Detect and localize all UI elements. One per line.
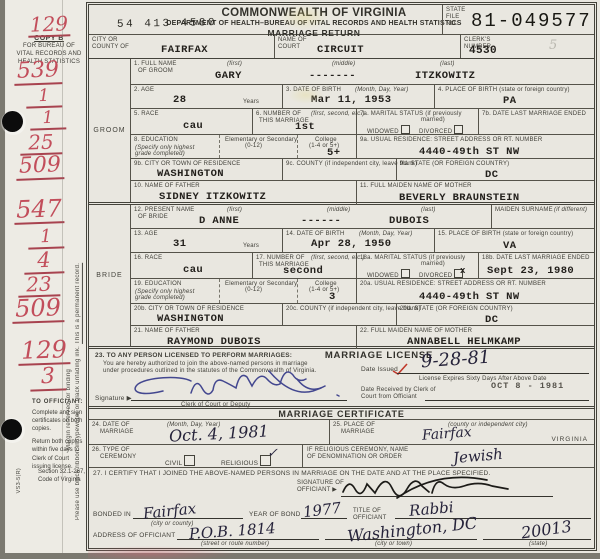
widowed-checkbox	[401, 125, 410, 134]
groom-dob-sublabel: (Month, Day, Year)	[355, 87, 408, 94]
groom-race-value: cau	[183, 121, 203, 132]
clerk-number-value: 4530	[469, 46, 497, 57]
margin-handwritten-number: 547	[14, 196, 65, 225]
form-header: COMMONWEALTH OF VIRGINIA DEPARTMENT OF H…	[89, 5, 594, 35]
bride-last-marriage-ended-value: Sept 23, 1980	[487, 266, 574, 277]
residence-label: 9a. USUAL RESIDENCE: STREET ADDRESS OR R…	[360, 137, 542, 144]
years-label: Years	[243, 243, 259, 250]
bride-fields: 12. PRESENT NAME OF BRIDE (first) (middl…	[131, 205, 594, 346]
middle-name-label: (middle)	[332, 61, 355, 68]
scan-artifact	[280, 4, 328, 30]
margin-handwritten-number: 509	[16, 154, 65, 181]
marriage-place-field: 25. PLACE OF MARRIAGE (county or indepen…	[330, 420, 594, 444]
marital-status-label: 7a. MARITAL STATUS (if previously	[360, 111, 462, 118]
ceremony-row: 26. TYPE OF CEREMONY CIVIL RELIGIOUS ✓ I…	[89, 445, 594, 468]
bride-father-field: 21. NAME OF FATHER RAYMOND DUBOIS	[131, 326, 357, 349]
bride-marriage-number-field: 17. NUMBER OF THIS MARRIAGE (first, seco…	[253, 253, 357, 278]
date-issued-line	[397, 373, 589, 374]
groom-age-value: 28	[173, 95, 186, 106]
bride-county-field: 20c. COUNTY (if independent city, leave …	[283, 304, 397, 325]
marital-status-label: married)	[421, 117, 445, 124]
education-sublabel: grade completed)	[135, 295, 185, 302]
marriage-place-label: MARRIAGE	[341, 429, 375, 436]
years-label: Years	[243, 99, 259, 106]
ceremony-type-label: 26. TYPE OF	[92, 447, 130, 454]
groom-city-field: 9b. CITY OR TOWN OF RESIDENCE WASHINGTON	[131, 159, 283, 180]
civil-option: CIVIL	[165, 455, 195, 467]
groom-pob-label: 4. PLACE OF BIRTH (state or foreign coun…	[438, 87, 570, 94]
state-file-label: STATE	[446, 7, 465, 14]
bride-city-row: 20b. CITY OR TOWN OF RESIDENCE WASHINGTO…	[131, 304, 594, 326]
signature-label-text: Signature	[95, 395, 125, 402]
groom-residence-field: 9a. USUAL RESIDENCE: STREET ADDRESS OR R…	[357, 135, 594, 158]
scan-artifact	[88, 546, 238, 559]
groom-marital-row: 5. RACE cau 6. NUMBER OF THIS MARRIAGE (…	[131, 109, 594, 135]
certificate-bottom-block: 27. I CERTIFY THAT I JOINED THE ABOVE-NA…	[89, 468, 594, 549]
groom-state-field: 9d. STATE (OR FOREIGN COUNTRY) DC	[397, 159, 594, 180]
bride-pob-value: VA	[503, 241, 516, 252]
maiden-surname-field: MAIDEN SURNAME (if different)	[492, 205, 594, 228]
groom-middle-name: -------	[309, 71, 356, 82]
bride-last-name: DUBOIS	[389, 216, 429, 227]
groom-father-field: 10. NAME OF FATHER SIDNEY ITZKOWITZ	[131, 181, 357, 205]
groom-section: GROOM 1. FULL NAME OF GROOM (first) (mid…	[89, 59, 594, 205]
scan-artifact	[288, 86, 324, 104]
groom-first-name: GARY	[215, 71, 242, 82]
marriage-license-section: MARRIAGE LICENSE 23. TO ANY PERSON LICEN…	[89, 349, 594, 409]
city-county-label: CITY OR	[92, 37, 118, 44]
bride-city-value: WASHINGTON	[157, 314, 224, 325]
elementary-label: (0-12)	[245, 143, 262, 150]
date-received-line	[425, 400, 589, 401]
scanned-marriage-return-document: { "margin": { "copy_label": "COPY B", "b…	[0, 0, 600, 559]
bride-race-value: cau	[183, 265, 203, 276]
last-name-label: (last)	[440, 61, 455, 68]
last-name-label: (last)	[421, 207, 436, 214]
margin-handwritten-number: 1	[28, 227, 65, 249]
marriage-date-value: Oct. 4, 1981	[169, 423, 269, 444]
officiant-title-label: TITLE OF	[353, 508, 381, 515]
state-file-label: FILE	[446, 14, 459, 21]
bride-name-row: 12. PRESENT NAME OF BRIDE (first) (middl…	[131, 205, 594, 229]
hole-punch	[1, 419, 22, 440]
bride-education-row: 19. EDUCATION (Specify only highest grad…	[131, 279, 594, 304]
officiant-signature	[337, 468, 517, 502]
bride-father-value: RAYMOND DUBOIS	[167, 337, 261, 348]
groom-section-label: GROOM	[89, 59, 131, 202]
first-name-label: (first)	[227, 61, 242, 68]
bride-pob-label: 15. PLACE OF BIRTH (state or foreign cou…	[438, 231, 573, 238]
bride-section-label: BRIDE	[89, 205, 131, 346]
education-label: 19. EDUCATION	[134, 281, 182, 288]
date-received-stamp: OCT 8 - 1981	[491, 382, 564, 391]
mother-name-label: 22. FULL MAIDEN NAME OF MOTHER	[360, 328, 472, 335]
file-number-stamp: 54 413 4530	[117, 18, 217, 31]
bride-first-name: D ANNE	[199, 216, 239, 227]
groom-pob-value: PA	[503, 96, 516, 107]
officiant-signature-label-text: OFFICIANT	[297, 487, 330, 493]
officiant-title-label: OFFICIANT	[353, 515, 386, 522]
bonded-in-sublabel: (city or county)	[151, 521, 194, 528]
bride-middle-name: ------	[301, 216, 341, 227]
mother-name-label: 11. FULL MAIDEN NAME OF MOTHER	[360, 183, 472, 190]
city-of-residence-label: 9b. CITY OR TOWN OF RESIDENCE	[134, 161, 241, 168]
divorced-x-mark: x	[460, 267, 466, 276]
maiden-surname-label: MAIDEN SURNAME	[495, 207, 553, 214]
left-margin: COPY B FOR BUREAU OF VITAL RECORDS AND H…	[6, 0, 86, 553]
groom-fields: 1. FULL NAME OF GROOM (first) (middle) (…	[131, 59, 594, 202]
bride-age-label: 13. AGE	[134, 231, 158, 238]
groom-last-name: ITZKOWITZ	[415, 71, 475, 82]
bride-marital-status-field: 18a. MARITAL STATUS (if previously marri…	[357, 253, 479, 278]
state-file-label: NO.	[446, 21, 457, 28]
widowed-checkbox	[401, 269, 410, 278]
bride-city-field: 20b. CITY OR TOWN OF RESIDENCE WASHINGTO…	[131, 304, 283, 325]
code-of-virginia-note: Section 32.1-267, Code of Virginia	[38, 468, 90, 484]
state-file-box: STATE FILE NO. 81-049577	[442, 5, 594, 35]
marriage-place-value: Fairfax	[422, 425, 473, 442]
maiden-surname-sublabel: (if different)	[554, 207, 587, 214]
groom-name-label: OF GROOM	[138, 68, 173, 75]
officiant-address-label: ADDRESS OF OFFICIANT	[93, 532, 175, 539]
bride-name-label: 12. PRESENT NAME	[134, 207, 194, 214]
bride-state-field: 20d. STATE (OR FOREIGN COUNTRY) DC	[397, 304, 594, 325]
groom-college-value: 5+	[327, 148, 340, 159]
certificate-title: MARRIAGE CERTIFICATE	[89, 409, 594, 420]
form-number: VS3-5(R)	[16, 468, 22, 493]
court-name-label: COURT	[278, 44, 300, 51]
clerk-signature	[129, 365, 344, 403]
bride-age-field: 13. AGE 31 Years	[131, 229, 283, 252]
first-name-label: (first)	[227, 207, 242, 214]
signature-label: Signature ▶	[95, 395, 132, 402]
state-label: 20d. STATE (OR FOREIGN COUNTRY)	[400, 306, 513, 313]
civil-checkbox	[184, 455, 195, 466]
civil-label: CIVIL	[165, 460, 182, 467]
marriage-return-form: COMMONWEALTH OF VIRGINIA DEPARTMENT OF H…	[86, 2, 597, 551]
groom-age-label: 2. AGE	[134, 87, 154, 94]
bride-dob-label: 14. DATE OF BIRTH	[286, 231, 345, 238]
denomination-label: IF RELIGIOUS CEREMONY, NAME	[307, 447, 408, 454]
marital-status-label: 18a. MARITAL STATUS (if previously	[360, 255, 465, 262]
groom-county-field: 9c. COUNTY (if independent city, leave b…	[283, 159, 397, 180]
bride-mother-field: 22. FULL MAIDEN NAME OF MOTHER ANNABELL …	[357, 326, 594, 349]
margin-handwritten-number: 1	[30, 109, 67, 130]
city-of-residence-label: 20b. CITY OR TOWN OF RESIDENCE	[134, 306, 244, 313]
clerk-number-field: CLERK'S NUMBER 4530 5	[461, 35, 594, 58]
father-name-label: 10. NAME OF FATHER	[134, 183, 200, 190]
bride-residence-value: 4440-49th ST NW	[419, 292, 520, 303]
ceremony-type-field: 26. TYPE OF CEREMONY CIVIL RELIGIOUS ✓	[89, 445, 303, 467]
groom-marriage-number-value: 1st	[295, 122, 315, 133]
state-label: 9d. STATE (OR FOREIGN COUNTRY)	[400, 161, 509, 168]
marriage-place-label: 25. PLACE OF	[333, 422, 375, 429]
bride-state-value: DC	[485, 315, 498, 326]
groom-education-row: 8. EDUCATION (Specify only highest grade…	[131, 135, 594, 159]
court-name-value: CIRCUIT	[317, 45, 364, 56]
groom-full-name-field: 1. FULL NAME OF GROOM (first) (middle) (…	[131, 59, 594, 84]
groom-race-field: 5. RACE cau	[131, 109, 253, 134]
denomination-value: Jewish	[452, 447, 503, 466]
groom-education-field: 8. EDUCATION (Specify only highest grade…	[131, 135, 357, 158]
religious-label: RELIGIOUS	[221, 460, 258, 467]
court-name-label: NAME OF	[278, 37, 307, 44]
bride-name-label: OF BRIDE	[138, 214, 168, 221]
marital-status-label: married)	[421, 261, 445, 268]
city-county-label: COUNTY OF	[92, 44, 129, 51]
groom-name-row: 1. FULL NAME OF GROOM (first) (middle) (…	[131, 59, 594, 85]
date-issued-value: 9-28-81	[420, 349, 491, 372]
margin-handwritten-number: 1	[26, 87, 63, 108]
bride-dob-field: 14. DATE OF BIRTH (Month, Day, Year) Apr…	[283, 229, 435, 252]
elementary-label: (0-12)	[245, 287, 262, 294]
father-name-label: 21. NAME OF FATHER	[134, 328, 200, 335]
date-received-label: Court from Officiant	[361, 394, 417, 401]
city-county-field: CITY OR COUNTY OF FAIRFAX	[89, 35, 275, 58]
groom-age-field: 2. AGE 28 Years	[131, 85, 283, 108]
groom-residence-value: 4440-49th ST NW	[419, 147, 520, 158]
license-authorize-heading: 23. TO ANY PERSON LICENSED TO PERFORM MA…	[95, 352, 292, 359]
education-label: 8. EDUCATION	[134, 137, 178, 144]
margin-handwritten-number: 509	[12, 295, 65, 324]
groom-marriage-number-field: 6. NUMBER OF THIS MARRIAGE (first, secon…	[253, 109, 357, 134]
court-name-field: NAME OF COURT CIRCUIT	[275, 35, 461, 58]
marriage-date-field: 24. DATE OF MARRIAGE (Month, Day, Year) …	[89, 420, 330, 444]
marriage-number-label: 17. NUMBER OF	[256, 255, 305, 262]
divorced-checkbox	[454, 125, 463, 134]
marriage-number-label: 6. NUMBER OF	[256, 111, 301, 118]
residence-label: 20a. USUAL RESIDENCE: STREET ADDRESS OR …	[360, 281, 546, 288]
binding-margin-note: Margin reserved for binding	[66, 150, 72, 450]
last-marriage-ended-label: 7b. DATE LAST MARRIAGE ENDED	[482, 111, 586, 118]
year-of-bond-value: 1977	[302, 501, 342, 521]
bonded-in-label: BONDED IN	[93, 511, 131, 518]
margin-handwritten-number: 539	[14, 59, 63, 86]
marriage-date-label: 24. DATE OF	[92, 422, 130, 429]
bride-race-label: 16. RACE	[134, 255, 162, 262]
address-city-sublabel: (city or town)	[375, 541, 412, 548]
ink-note-part2: This is a permanent record.	[75, 263, 81, 344]
last-marriage-ended-label: 18b. DATE LAST MARRIAGE ENDED	[482, 255, 590, 262]
groom-birth-row: 2. AGE 28 Years 3. DATE OF BIRTH (Month,…	[131, 85, 594, 109]
clerk-number-label: CLERK'S	[464, 37, 491, 44]
groom-city-row: 9b. CITY OR TOWN OF RESIDENCE WASHINGTON…	[131, 159, 594, 181]
groom-mother-value: BEVERLY BRAUNSTEIN	[399, 193, 520, 204]
bride-last-marriage-ended-field: 18b. DATE LAST MARRIAGE ENDED Sept 23, 1…	[479, 253, 594, 278]
groom-name-label: 1. FULL NAME	[134, 61, 177, 68]
middle-name-label: (middle)	[327, 207, 350, 214]
bride-marriage-number-value: second	[283, 266, 323, 277]
margin-handwritten-number: 3	[30, 365, 67, 391]
denomination-label: OF DENOMINATION OR ORDER	[307, 454, 402, 461]
ceremony-type-label: CEREMONY	[100, 454, 136, 461]
bride-age-value: 31	[173, 239, 186, 250]
bride-dob-value: Apr 28, 1950	[311, 239, 391, 250]
virginia-label: VIRGINIA	[551, 436, 588, 443]
education-sublabel: grade completed)	[135, 151, 185, 158]
bride-college-value: 3	[329, 292, 336, 303]
bride-residence-field: 20a. USUAL RESIDENCE: STREET ADDRESS OR …	[357, 279, 594, 303]
date-received-label: Date Received by Clerk of	[361, 387, 436, 394]
court-row: CITY OR COUNTY OF FAIRFAX NAME OF COURT …	[89, 35, 594, 59]
marriage-certificate-section: MARRIAGE CERTIFICATE 24. DATE OF MARRIAG…	[89, 409, 594, 549]
bride-marital-row: 16. RACE cau 17. NUMBER OF THIS MARRIAGE…	[131, 253, 594, 279]
pencil-mark: 5	[549, 39, 557, 52]
religious-checkmark-icon: ✓	[267, 447, 278, 460]
groom-pob-field: 4. PLACE OF BIRTH (state or foreign coun…	[435, 85, 594, 108]
address-state-sublabel: (state)	[529, 541, 547, 548]
clerk-signature-sublabel: Clerk of Court or Deputy	[181, 402, 251, 409]
ink-instruction-note: Please use black ribbon in typewriter or…	[75, 100, 81, 520]
year-of-bond-label: YEAR OF BOND	[249, 511, 301, 518]
certificate-date-place-row: 24. DATE OF MARRIAGE (Month, Day, Year) …	[89, 420, 594, 445]
bride-section: BRIDE 12. PRESENT NAME OF BRIDE (first) …	[89, 205, 594, 349]
city-county-value: FAIRFAX	[161, 45, 208, 56]
hole-punch	[2, 111, 23, 132]
groom-state-value: DC	[485, 170, 498, 181]
groom-last-marriage-ended-field: 7b. DATE LAST MARRIAGE ENDED	[479, 109, 594, 134]
groom-mother-field: 11. FULL MAIDEN NAME OF MOTHER BEVERLY B…	[357, 181, 594, 205]
state-file-number: 81-049577	[471, 10, 592, 32]
bride-pob-field: 15. PLACE OF BIRTH (state or foreign cou…	[435, 229, 594, 252]
bride-dob-sublabel: (Month, Day, Year)	[359, 231, 412, 238]
bride-mother-value: ANNABELL HELMKAMP	[407, 337, 521, 348]
groom-parents-row: 10. NAME OF FATHER SIDNEY ITZKOWITZ 11. …	[131, 181, 594, 205]
officiant-signature-label2: OFFICIANT ▶	[297, 487, 337, 494]
groom-race-label: 5. RACE	[134, 111, 159, 118]
bride-name-field: 12. PRESENT NAME OF BRIDE (first) (middl…	[131, 205, 492, 228]
ink-note-part1: Please use black ribbon in typewriter or…	[75, 344, 81, 520]
denomination-field: IF RELIGIOUS CEREMONY, NAME OF DENOMINAT…	[303, 445, 594, 467]
groom-marital-status-field: 7a. MARITAL STATUS (if previously marrie…	[357, 109, 479, 134]
bride-parents-row: 21. NAME OF FATHER RAYMOND DUBOIS 22. FU…	[131, 326, 594, 349]
groom-city-value: WASHINGTON	[157, 169, 224, 180]
groom-father-value: SIDNEY ITZKOWITZ	[159, 192, 266, 203]
paper-crease	[62, 0, 63, 553]
margin-handwritten-number: 129	[28, 13, 71, 37]
religious-option: RELIGIOUS	[221, 455, 271, 467]
marriage-date-label: MARRIAGE	[100, 429, 134, 436]
bride-education-field: 19. EDUCATION (Specify only highest grad…	[131, 279, 357, 303]
bride-birth-row: 13. AGE 31 Years 14. DATE OF BIRTH (Mont…	[131, 229, 594, 253]
bride-race-field: 16. RACE cau	[131, 253, 253, 278]
